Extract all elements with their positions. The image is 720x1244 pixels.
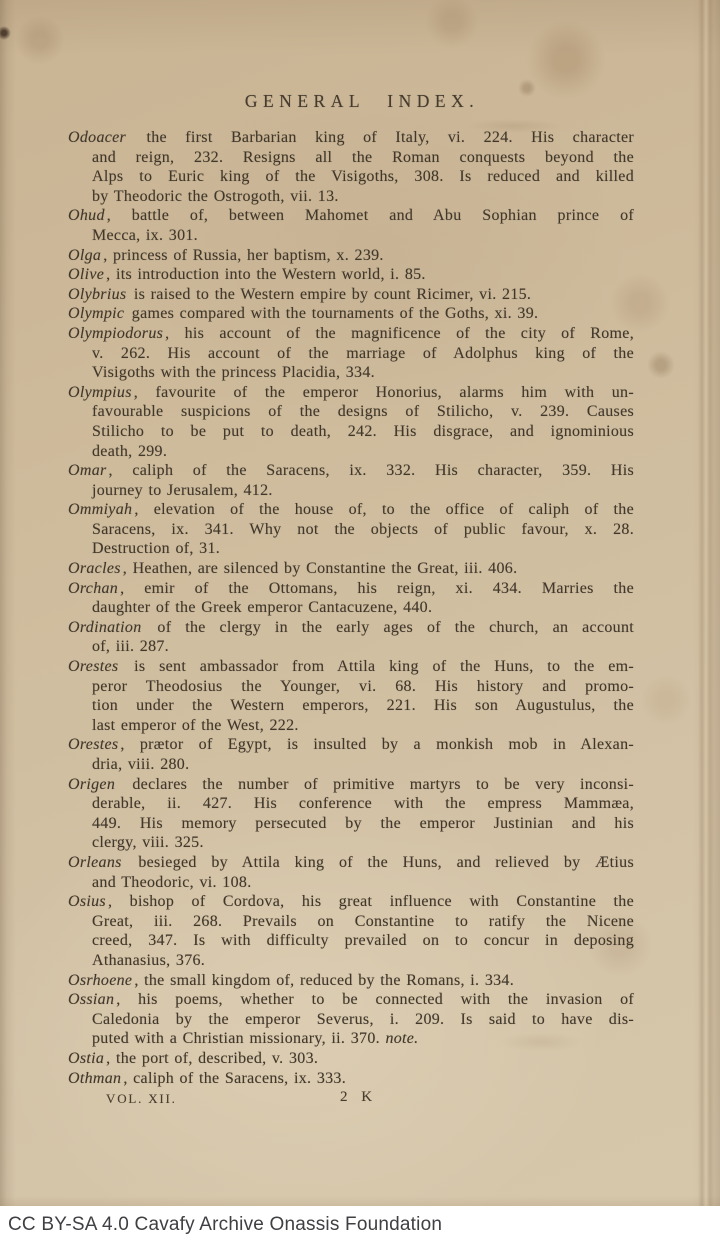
entry-term: Omar <box>68 462 109 479</box>
entry-term: Olive <box>68 266 106 283</box>
entry-term: Ossian <box>68 991 116 1008</box>
signature-mark: 2 K <box>340 1089 377 1106</box>
index-line: and reign, 232. Resigns all the Roman co… <box>68 148 634 168</box>
index-entry: Origen declares the number of primitive … <box>68 775 634 853</box>
entry-term: Orestes <box>68 736 120 753</box>
index-line: Olive, its introduction into the Western… <box>68 265 634 285</box>
index-line: Ohud, battle of, between Mahomet and Abu… <box>68 206 634 226</box>
index-line: puted with a Christian missionary, ii. 3… <box>68 1029 634 1049</box>
entry-term: Olybrius <box>68 286 128 303</box>
index-entry: Olga, princess of Russia, her baptism, x… <box>68 246 634 266</box>
license-caption: CC BY-SA 4.0 Cavafy Archive Onassis Foun… <box>8 1214 442 1236</box>
page-edge-crease <box>698 0 714 1206</box>
index-line: and Theodoric, vi. 108. <box>68 873 634 893</box>
index-entry: Odoacer the first Barbarian king of Ital… <box>68 128 634 206</box>
index-entry: Osius, bishop of Cordova, his great infl… <box>68 892 634 970</box>
index-line: Destruction of, 31. <box>68 539 634 559</box>
entry-term: Olympic <box>68 305 126 322</box>
index-line: Orestes, prætor of Egypt, is insulted by… <box>68 735 634 755</box>
page-title: GENERAL INDEX. <box>0 91 720 112</box>
index-line: Ossian, his poems, whether to be connect… <box>68 990 634 1010</box>
index-entries: Odoacer the first Barbarian king of Ital… <box>68 128 634 1088</box>
index-line: Saracens, ix. 341. Why not the objects o… <box>68 520 634 540</box>
index-line: Odoacer the first Barbarian king of Ital… <box>68 128 634 148</box>
index-line: Osrhoene, the small kingdom of, reduced … <box>68 971 634 991</box>
index-entry: Olympius, favourite of the emperor Honor… <box>68 383 634 461</box>
index-line: derable, ii. 427. His conference with th… <box>68 794 634 814</box>
entry-term: Olympiodorus <box>68 325 165 342</box>
index-line: death, 299. <box>68 442 634 462</box>
entry-term: Odoacer <box>68 129 128 146</box>
index-line: Olybrius is raised to the Western empire… <box>68 285 634 305</box>
entry-term: Osrhoene <box>68 972 134 989</box>
index-entry: Olive, its introduction into the Western… <box>68 265 634 285</box>
index-line: by Theodoric the Ostrogoth, vii. 13. <box>68 187 634 207</box>
volume-label: VOL. XII. <box>106 1091 177 1107</box>
index-line: Great, iii. 268. Prevails on Constantine… <box>68 912 634 932</box>
index-line: Oracles, Heathen, are silenced by Consta… <box>68 559 634 579</box>
index-entry: Ossian, his poems, whether to be connect… <box>68 990 634 1049</box>
entry-term: Orestes <box>68 658 120 675</box>
index-line: Olga, princess of Russia, her baptism, x… <box>68 246 634 266</box>
index-line: Olympiodorus, his account of the magnifi… <box>68 324 634 344</box>
index-line: Athanasius, 376. <box>68 951 634 971</box>
index-entry: Othman, caliph of the Saracens, ix. 333. <box>68 1069 634 1089</box>
entry-term: Oracles <box>68 560 123 577</box>
entry-term: Othman <box>68 1070 123 1087</box>
index-line: favourable suspicions of the designs of … <box>68 402 634 422</box>
index-line: Othman, caliph of the Saracens, ix. 333. <box>68 1069 634 1089</box>
index-line: Orleans besieged by Attila king of the H… <box>68 853 634 873</box>
entry-term: Olympius <box>68 384 134 401</box>
index-line: tion under the Western emperors, 221. Hi… <box>68 696 634 716</box>
index-line: Alps to Euric king of the Visigoths, 308… <box>68 167 634 187</box>
index-line: dria, viii. 280. <box>68 755 634 775</box>
index-entry: Orleans besieged by Attila king of the H… <box>68 853 634 892</box>
index-line: Stilicho to be put to death, 242. His di… <box>68 422 634 442</box>
index-line: Caledonia by the emperor Severus, i. 209… <box>68 1010 634 1030</box>
index-line: Origen declares the number of primitive … <box>68 775 634 795</box>
index-entry: Orchan, emir of the Ottomans, his reign,… <box>68 579 634 618</box>
entry-term: Ohud <box>68 207 107 224</box>
index-line: clergy, viii. 325. <box>68 833 634 853</box>
index-line: Olympius, favourite of the emperor Honor… <box>68 383 634 403</box>
index-line: journey to Jerusalem, 412. <box>68 481 634 501</box>
entry-term: Ommiyah <box>68 501 134 518</box>
index-line: Olympic games compared with the tourname… <box>68 304 634 324</box>
entry-term: Orchan <box>68 580 120 597</box>
entry-term: Origen <box>68 776 117 793</box>
index-line: Mecca, ix. 301. <box>68 226 634 246</box>
index-line: Ommiyah, elevation of the house of, to t… <box>68 500 634 520</box>
index-entry: Olympic games compared with the tourname… <box>68 304 634 324</box>
index-line: Osius, bishop of Cordova, his great infl… <box>68 892 634 912</box>
index-line: Ostia, the port of, described, v. 303. <box>68 1049 634 1069</box>
index-line: peror Theodosius the Younger, vi. 68. Hi… <box>68 677 634 697</box>
index-entry: Ostia, the port of, described, v. 303. <box>68 1049 634 1069</box>
index-entry: Omar, caliph of the Saracens, ix. 332. H… <box>68 461 634 500</box>
entry-term: Osius <box>68 893 108 910</box>
index-entry: Oracles, Heathen, are silenced by Consta… <box>68 559 634 579</box>
entry-term: Ostia <box>68 1050 106 1067</box>
entry-term: Orleans <box>68 854 124 871</box>
index-line: Ordination of the clergy in the early ag… <box>68 618 634 638</box>
index-line: daughter of the Greek emperor Cantacuzen… <box>68 598 634 618</box>
index-entry: Olybrius is raised to the Western empire… <box>68 285 634 305</box>
entry-term: Ordination <box>68 619 144 636</box>
index-line: 449. His memory persecuted by the empero… <box>68 814 634 834</box>
entry-term: Olga <box>68 247 103 264</box>
scanned-page: GENERAL INDEX. Odoacer the first Barbari… <box>0 0 720 1206</box>
index-entry: Osrhoene, the small kingdom of, reduced … <box>68 971 634 991</box>
index-line: of, iii. 287. <box>68 637 634 657</box>
index-entry: Orestes, prætor of Egypt, is insulted by… <box>68 735 634 774</box>
index-entry: Ommiyah, elevation of the house of, to t… <box>68 500 634 559</box>
index-line: Orchan, emir of the Ottomans, his reign,… <box>68 579 634 599</box>
index-entry: Ohud, battle of, between Mahomet and Abu… <box>68 206 634 245</box>
index-line: v. 262. His account of the marriage of A… <box>68 344 634 364</box>
index-line: last emperor of the West, 222. <box>68 716 634 736</box>
license-bar: CC BY-SA 4.0 Cavafy Archive Onassis Foun… <box>0 1206 720 1244</box>
index-line: Omar, caliph of the Saracens, ix. 332. H… <box>68 461 634 481</box>
index-entry: Orestes is sent ambassador from Attila k… <box>68 657 634 735</box>
index-entry: Ordination of the clergy in the early ag… <box>68 618 634 657</box>
index-line: Visigoths with the princess Placidia, 33… <box>68 363 634 383</box>
index-line: creed, 347. Is with difficulty prevailed… <box>68 931 634 951</box>
index-line: Orestes is sent ambassador from Attila k… <box>68 657 634 677</box>
index-entry: Olympiodorus, his account of the magnifi… <box>68 324 634 383</box>
